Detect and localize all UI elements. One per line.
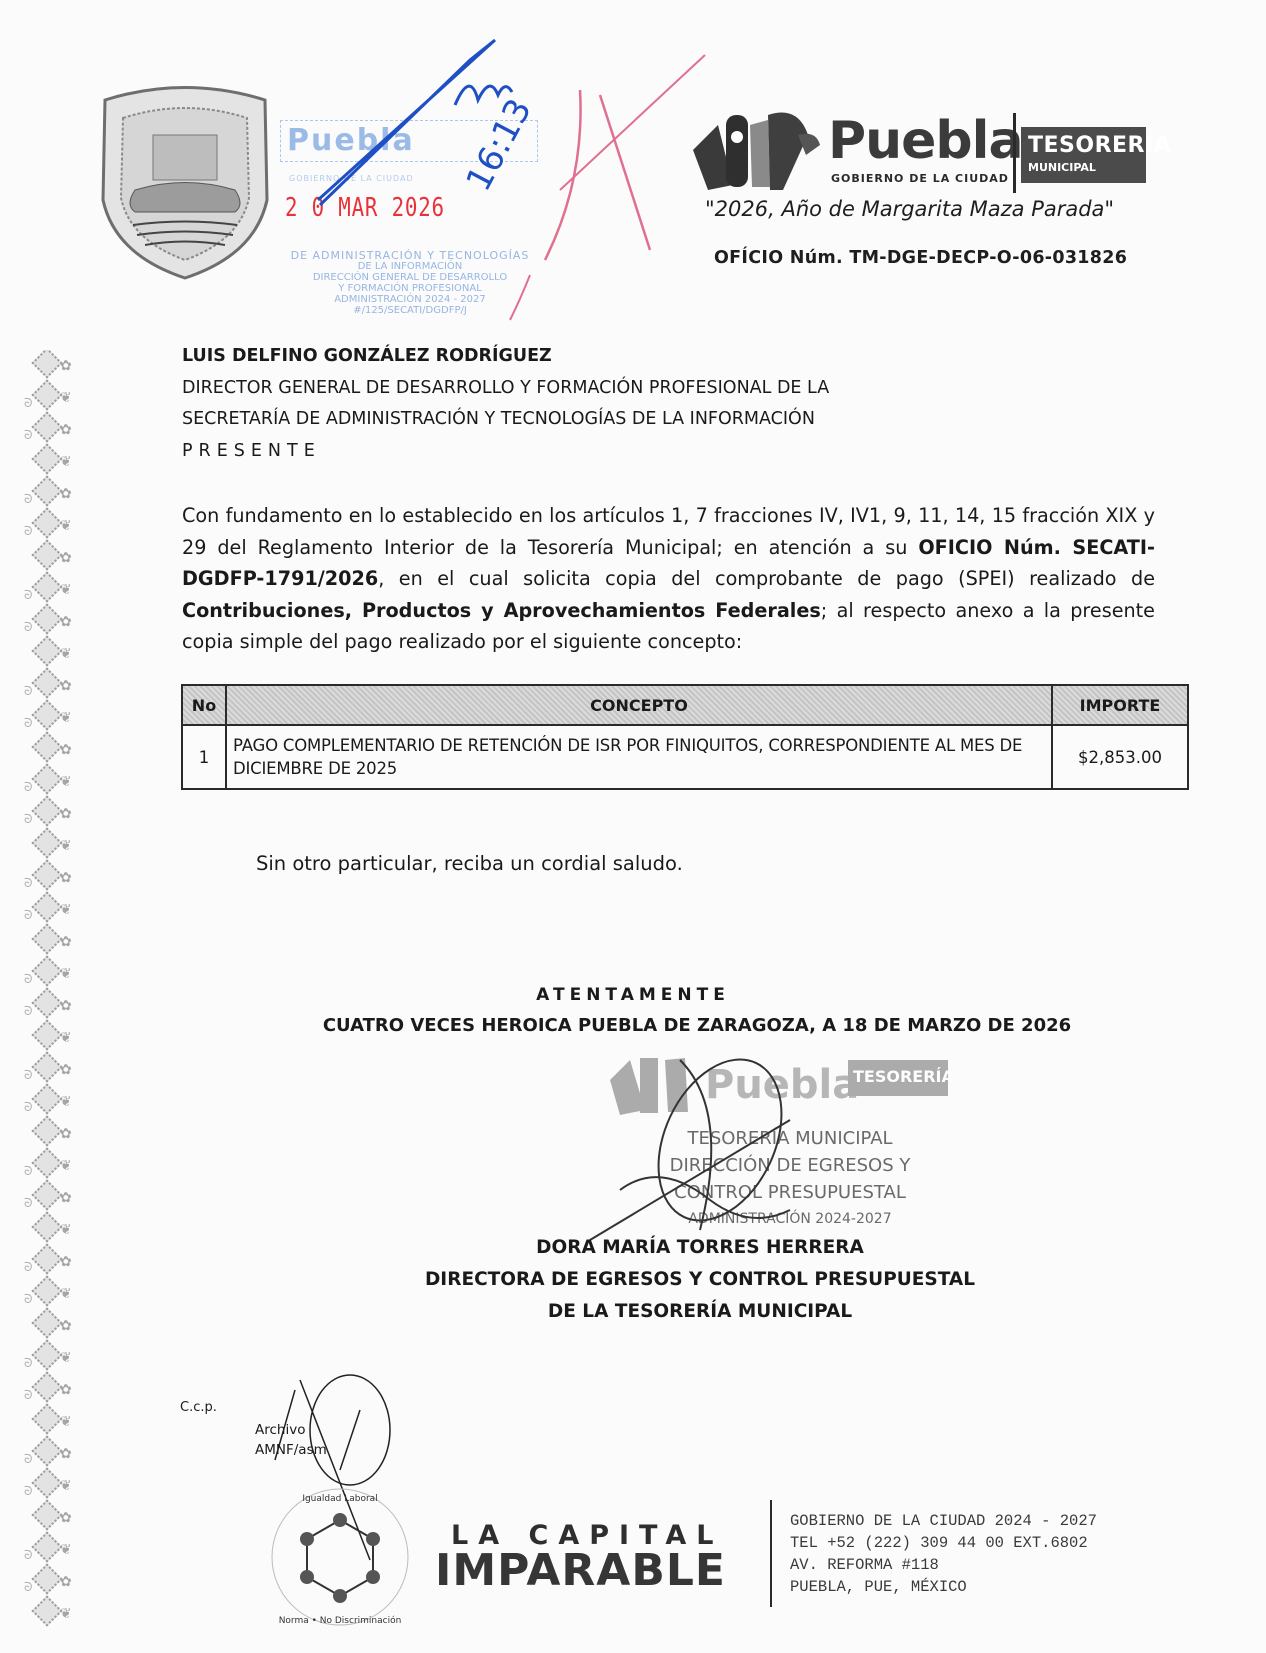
signer-block: DORA MARÍA TORRES HERRERA DIRECTORA DE E… (0, 1232, 1266, 1328)
logo-city-name: Puebla (828, 115, 1023, 167)
svg-text:Norma • No Discriminación: Norma • No Discriminación (279, 1615, 402, 1626)
border-motif-icon: ✿ᘐ (22, 1374, 82, 1406)
footer-line: TEL +52 (222) 309 44 00 EXT.6802 (790, 1532, 1097, 1554)
border-motif-icon: ❦ᘐ (22, 510, 82, 542)
closing-line: Sin otro particular, reciba un cordial s… (256, 852, 683, 875)
oficio-number: OFÍCIO Núm. TM-DGE-DECP-O-06-031826 (714, 248, 1127, 268)
receipt-stamp-line: #/125/SECATI/DGDFP/J (275, 305, 545, 316)
border-motif-icon: ❦ᘐ (22, 1086, 82, 1118)
cell-importe: $2,853.00 (1052, 725, 1188, 789)
slogan-line2: IMPARABLE (423, 1549, 743, 1593)
body-text-2: , en el cual solicita copia del comproba… (378, 567, 1155, 590)
border-motif-icon: ❦ᘐ (22, 574, 82, 606)
cell-no: 1 (182, 725, 226, 789)
receipt-stamp-line: DE ADMINISTRACIÓN Y TECNOLOGÍAS (275, 250, 545, 261)
border-motif-icon: ✿ᘐ (22, 1182, 82, 1214)
border-motif-icon: ✿ (22, 926, 82, 958)
payment-table: No CONCEPTO IMPORTE 1 PAGO COMPLEMENTARI… (181, 684, 1189, 790)
border-motif-icon: ✿ᘐ (22, 606, 82, 638)
city-buildings-logo-icon (688, 105, 823, 190)
addressee-name: LUIS DELFINO GONZÁLEZ RODRÍGUEZ (182, 341, 829, 373)
tesoreria-badge-title: TESORERÍA (1028, 133, 1171, 158)
border-motif-icon: ❦ (22, 638, 82, 670)
border-motif-icon: ✿ (22, 1118, 82, 1150)
border-motif-icon: ✿ᘐ (22, 1054, 82, 1086)
border-motif-icon: ❦ᘐ (22, 1150, 82, 1182)
border-motif-icon: ✿ᘐ (22, 478, 82, 510)
signature-scribble-icon (560, 1050, 880, 1250)
border-motif-icon: ❦ᘐ (22, 1534, 82, 1566)
border-motif-icon: ❦ᘐ (22, 702, 82, 734)
footer-line: AV. REFORMA #118 (790, 1554, 1097, 1576)
receipt-stamp-line: ADMINISTRACIÓN 2024 - 2027 (275, 294, 545, 305)
logo-divider (1013, 113, 1016, 193)
border-motif-icon: ❦ (22, 1406, 82, 1438)
border-motif-icon: ✿ (22, 1502, 82, 1534)
salutation: PRESENTE (182, 436, 829, 468)
body-concept: Contribuciones, Productos y Aprovechamie… (182, 599, 821, 622)
border-motif-icon: ❦ᘐ (22, 766, 82, 798)
border-motif-icon: ✿ᘐ (22, 1566, 82, 1598)
receipt-stamp-line: Y FORMACIÓN PROFESIONAL (275, 283, 545, 294)
border-motif-icon: ❦ᘐ (22, 1470, 82, 1502)
border-motif-icon: ✿ (22, 542, 82, 574)
addressee-title-line2: SECRETARÍA DE ADMINISTRACIÓN Y TECNOLOGÍ… (182, 404, 829, 436)
border-motif-icon: ✿ᘐ (22, 414, 82, 446)
table-header-row: No CONCEPTO IMPORTE (182, 685, 1188, 725)
receipt-stamp-logo: Puebla GOBIERNO DE LA CIUDAD (280, 120, 538, 162)
addressee-title-line1: DIRECTOR GENERAL DE DESARROLLO Y FORMACI… (182, 373, 829, 405)
footer-address: GOBIERNO DE LA CIUDAD 2024 - 2027 TEL +5… (790, 1510, 1097, 1598)
la-capital-imparable-slogan: LA CAPITAL IMPARABLE (423, 1520, 743, 1593)
receipt-stamp-date: 2 0 MAR 2026 (285, 193, 445, 223)
logo-subtitle: GOBIERNO DE LA CIUDAD (831, 172, 1009, 185)
svg-text:Igualdad Laboral: Igualdad Laboral (302, 1494, 377, 1504)
border-motif-icon: ✿ (22, 350, 82, 382)
puebla-tesoreria-logo: Puebla GOBIERNO DE LA CIUDAD TESORERÍA M… (688, 105, 1158, 195)
border-motif-icon: ❦ᘐ (22, 1342, 82, 1374)
border-motif-icon: ✿ (22, 734, 82, 766)
tesoreria-badge: TESORERÍA MUNICIPAL (1021, 127, 1146, 183)
university-shield-seal-icon (95, 80, 275, 280)
border-motif-icon: ❦ (22, 446, 82, 478)
border-motif-icon: ✿ᘐ (22, 862, 82, 894)
year-motto: "2026, Año de Margarita Maza Parada" (705, 197, 1114, 221)
receipt-stamp-logo-text: Puebla (287, 123, 415, 158)
footer-divider (770, 1500, 772, 1607)
addressee-block: LUIS DELFINO GONZÁLEZ RODRÍGUEZ DIRECTOR… (182, 341, 829, 467)
border-motif-icon: ❦ (22, 830, 82, 862)
tesoreria-badge-subtitle: MUNICIPAL (1028, 161, 1096, 174)
table-row: 1 PAGO COMPLEMENTARIO DE RETENCIÓN DE IS… (182, 725, 1188, 789)
border-motif-icon: ❦ (22, 1598, 82, 1630)
signer-name: DORA MARÍA TORRES HERRERA (0, 1232, 1266, 1264)
footer-line: PUEBLA, PUE, MÉXICO (790, 1576, 1097, 1598)
border-motif-icon: ✿ᘐ (22, 1438, 82, 1470)
border-motif-icon: ❦ᘐ (22, 894, 82, 926)
receipt-stamp-line: DE LA INFORMACIÓN (275, 261, 545, 272)
signer-title-line1: DIRECTORA DE EGRESOS Y CONTROL PRESUPUES… (0, 1264, 1266, 1296)
receipt-stamp-line: DIRECCIÓN GENERAL DE DESARROLLO (275, 272, 545, 283)
border-motif-icon: ❦ᘐ (22, 382, 82, 414)
place-and-date: CUATRO VECES HEROICA PUEBLA DE ZARAGOZA,… (0, 1015, 1266, 1036)
atentamente: ATENTAMENTE (0, 985, 1266, 1005)
norma-igualdad-seal-icon: Igualdad Laboral Norma • No Discriminaci… (268, 1485, 413, 1630)
column-header-importe: IMPORTE (1052, 685, 1188, 725)
receipt-stamp-lines: DE ADMINISTRACIÓN Y TECNOLOGÍASDE LA INF… (275, 250, 545, 316)
cell-concepto: PAGO COMPLEMENTARIO DE RETENCIÓN DE ISR … (226, 725, 1052, 789)
border-motif-icon: ✿ᘐ (22, 798, 82, 830)
column-header-concepto: CONCEPTO (226, 685, 1052, 725)
body-paragraph: Con fundamento en lo establecido en los … (182, 500, 1155, 658)
signer-title-line2: DE LA TESORERÍA MUNICIPAL (0, 1296, 1266, 1328)
ccp-label: C.c.p. (180, 1400, 217, 1415)
column-header-no: No (182, 685, 226, 725)
border-motif-icon: ✿ᘐ (22, 670, 82, 702)
footer-line: GOBIERNO DE LA CIUDAD 2024 - 2027 (790, 1510, 1097, 1532)
